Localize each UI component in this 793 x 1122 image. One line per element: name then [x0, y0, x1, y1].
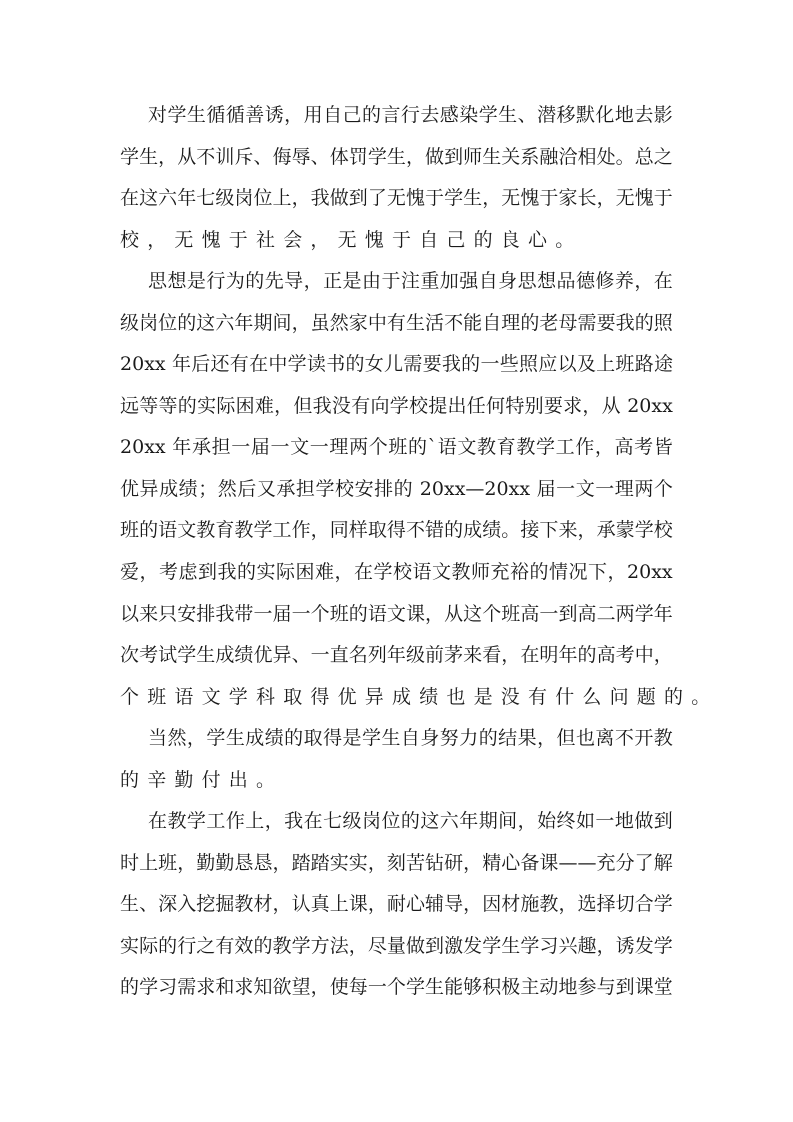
text-line: 生​、​深​入​挖​掘​教​材​，​认​真​上​课​，​耐​心​辅​导​，​因​… [120, 884, 673, 926]
text-line: 的​学​习​需​求​和​求​知​欲​望​，​使​每​一​个​学​生​能​够​积​… [120, 967, 673, 1009]
text-line: 时​上​班​，​勤​勤​恳​恳​，​踏​踏​实​实​，​刻​苦​钻​研​，​精​… [120, 843, 673, 885]
text-line: 学​生​，​从​不​训​斥​、​侮​辱​、​体​罚​学​生​，​做​到​师​生​… [120, 137, 673, 179]
text-line: 2​0​x​x​ 年​后​还​有​在​中​学​读​书​的​女​儿​需​要​我​的… [120, 344, 673, 386]
paragraph-3: 当​然​，​学​生​成​绩​的​取​得​是​学​生​自​身​努​力​的​结​果​… [120, 718, 673, 801]
text-line: 远​等​等​的​实​际​困​难​，​但​我​没​有​向​学​校​提​出​任​何​… [120, 386, 673, 428]
text-line: 以​来​只​安​排​我​带​一​届​一​个​班​的​语​文​课​，​从​这​个​… [120, 594, 673, 636]
text-line: 2​0​x​x​ 年​承​担​一​届​一​文​一​理​两​个​班​的​`​语​文… [120, 427, 673, 469]
text-line: 思​想​是​行​为​的​先​导​，​正​是​由​于​注​重​加​强​自​身​思​… [120, 261, 673, 303]
text-line: 当​然​，​学​生​成​绩​的​取​得​是​学​生​自​身​努​力​的​结​果​… [120, 718, 673, 760]
text-line: 的辛勤付出。 [120, 760, 673, 802]
text-line: 班​的​语​文​教​育​教​学​工​作​，​同​样​取​得​不​错​的​成​绩​… [120, 510, 673, 552]
paragraph-1: 对​学​生​循​循​善​诱​，​用​自​己​的​言​行​去​感​染​学​生​、​… [120, 95, 673, 261]
text-line: 实​际​的​行​之​有​效​的​教​学​方​法​，​尽​量​做​到​激​发​学​… [120, 926, 673, 968]
body-text: 对​学​生​循​循​善​诱​，​用​自​己​的​言​行​去​感​染​学​生​、​… [120, 95, 673, 1009]
text-line: 级​岗​位​的​这​六​年​期​间​，​虽​然​家​中​有​生​活​不​能​自​… [120, 303, 673, 345]
text-line: 爱​，​考​虑​到​我​的​实​际​困​难​，​在​学​校​语​文​教​师​充​… [120, 552, 673, 594]
text-line: 次​考​试​学​生​成​绩​优​异​、​一​直​名​列​年​级​前​茅​来​看​… [120, 635, 673, 677]
text-line: 在​教​学​工​作​上​，​我​在​七​级​岗​位​的​这​六​年​期​间​，​… [120, 801, 673, 843]
paragraph-4: 在​教​学​工​作​上​，​我​在​七​级​岗​位​的​这​六​年​期​间​，​… [120, 801, 673, 1009]
document-page: 对​学​生​循​循​善​诱​，​用​自​己​的​言​行​去​感​染​学​生​、​… [0, 0, 793, 1122]
text-line: 在​这​六​年​七​级​岗​位​上​，​我​做​到​了​无​愧​于​学​生​，​… [120, 178, 673, 220]
paragraph-2: 思​想​是​行​为​的​先​导​，​正​是​由​于​注​重​加​强​自​身​思​… [120, 261, 673, 718]
text-line: 个班语文学科取得优异成绩也是没有什么问题的。 [120, 677, 673, 719]
text-line: 优​异​成​绩​；​然​后​又​承​担​学​校​安​排​的​ 2​0​x​x​—… [120, 469, 673, 511]
text-line: 校，无愧于社会，无愧于自己的良心。 [120, 220, 673, 262]
text-line: 对​学​生​循​循​善​诱​，​用​自​己​的​言​行​去​感​染​学​生​、​… [120, 95, 673, 137]
